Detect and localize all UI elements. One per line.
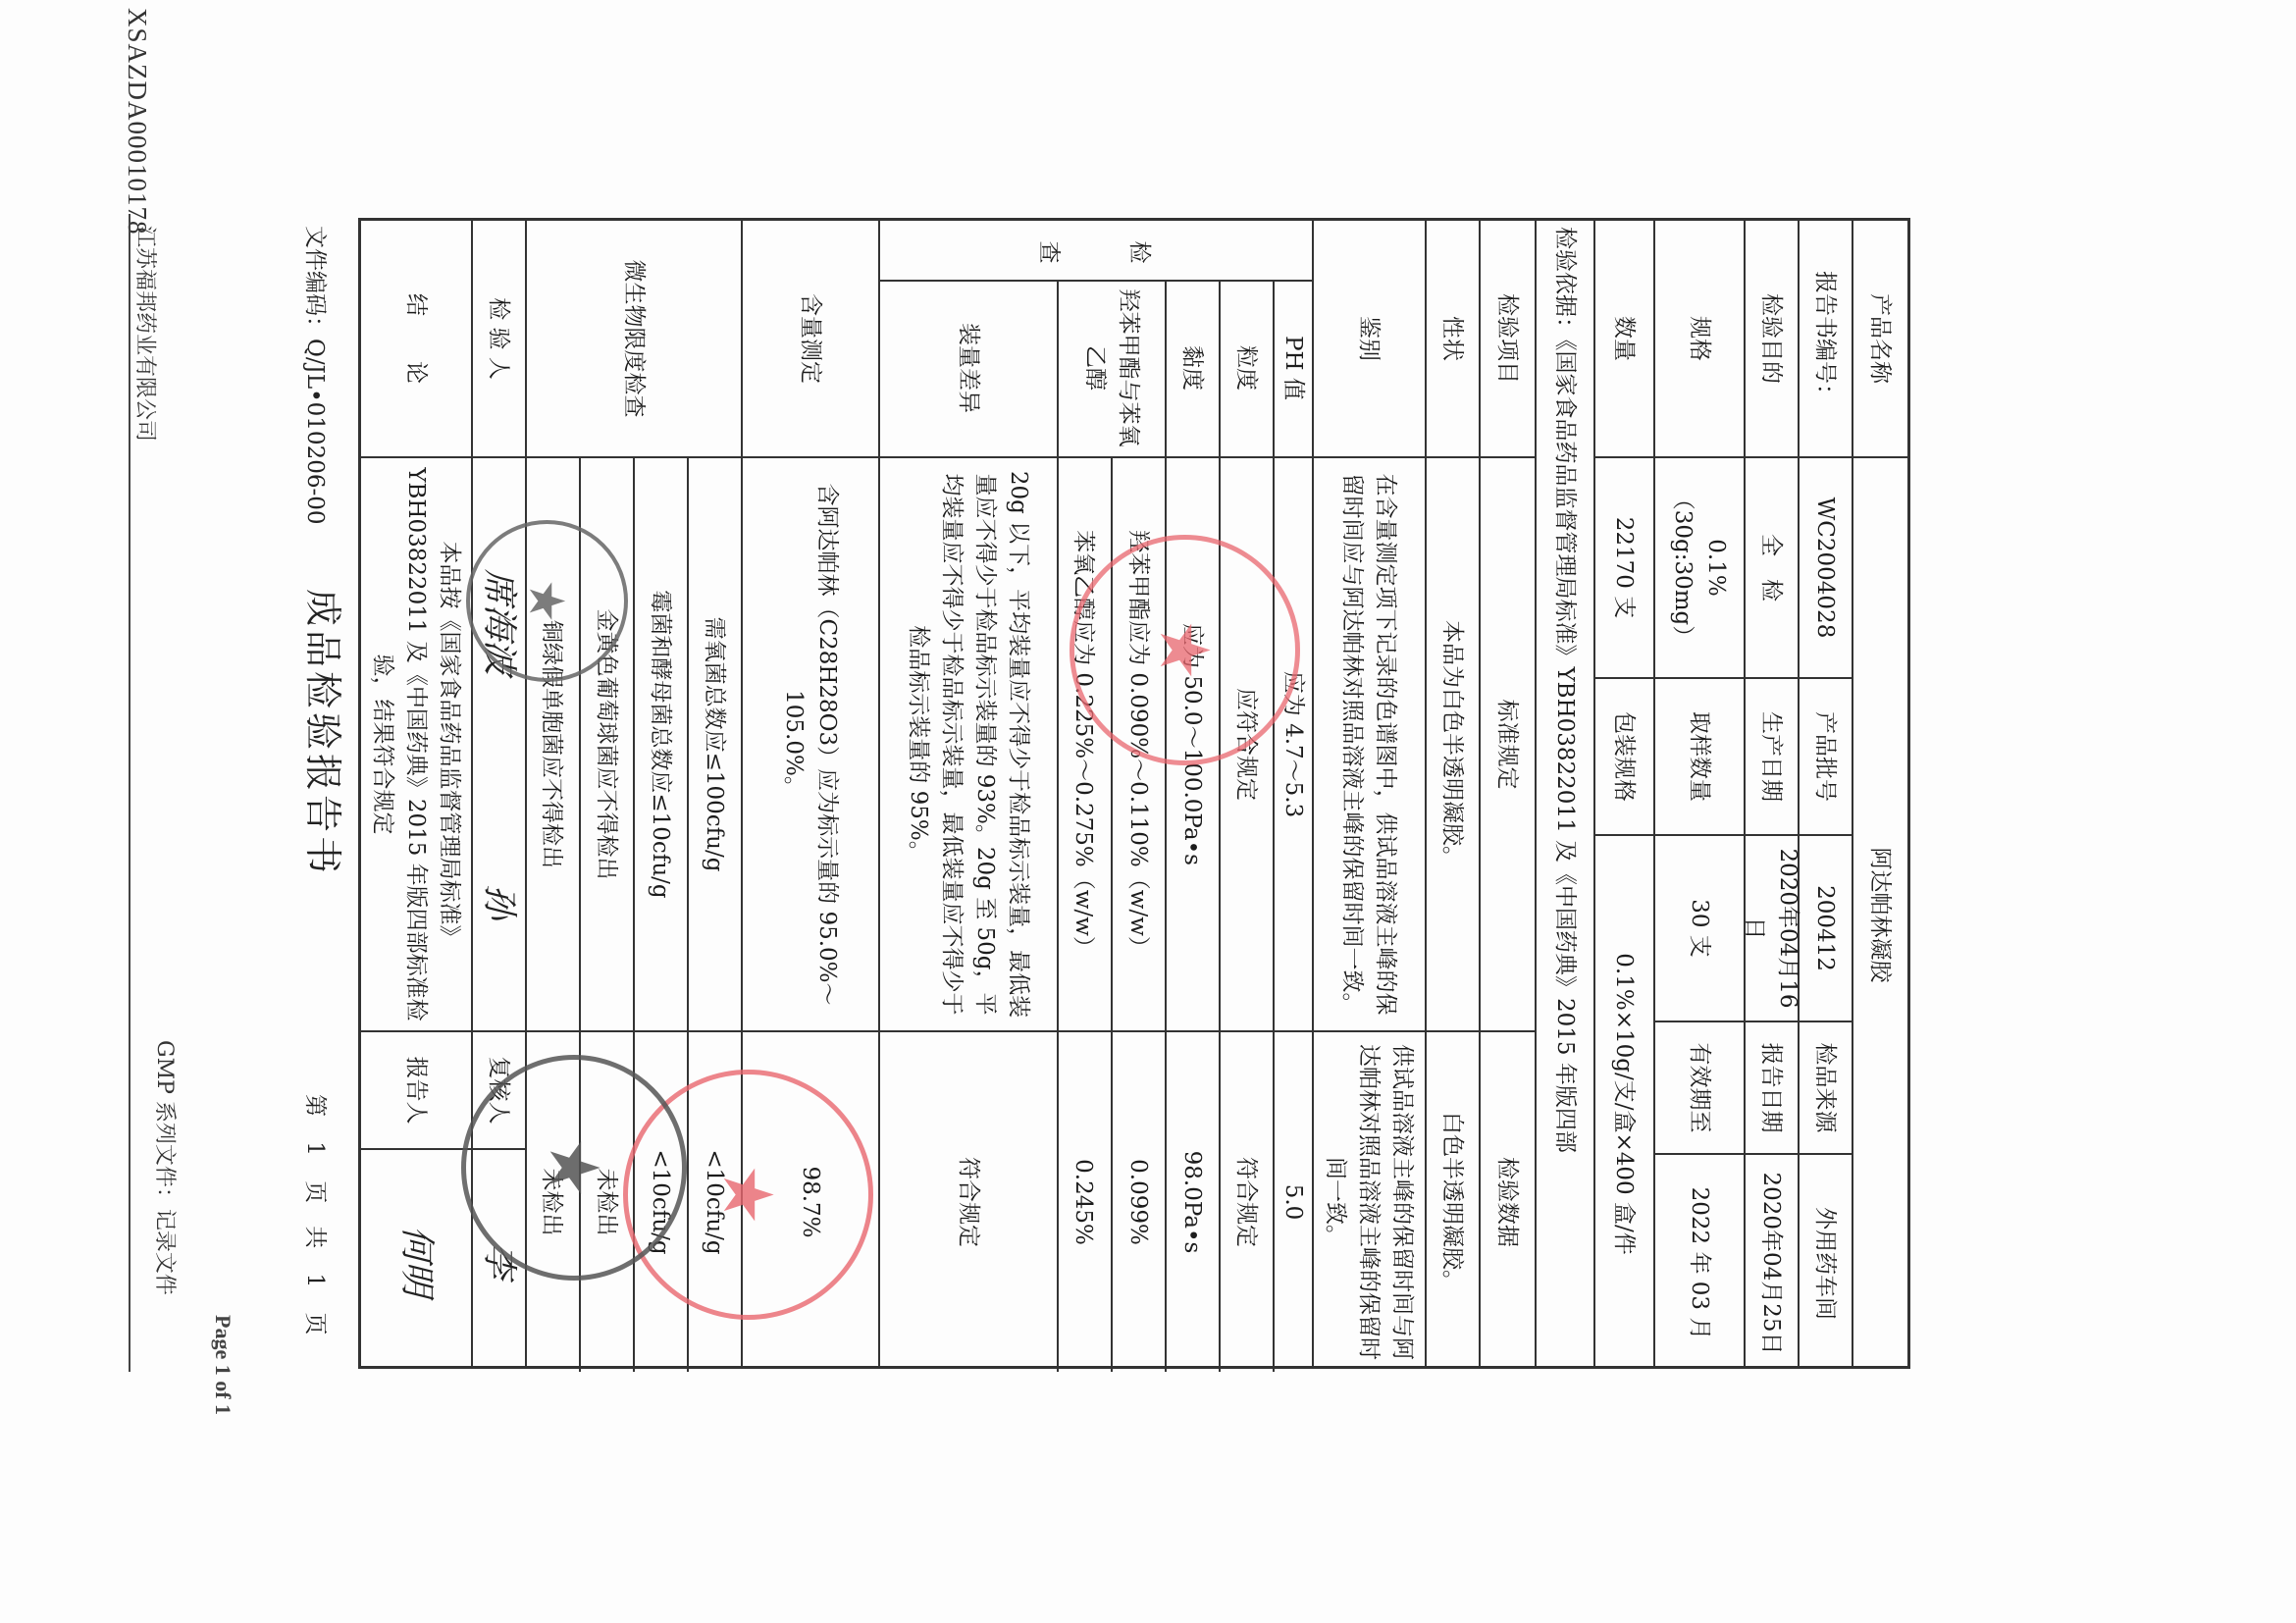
row-particle: 粒度 应符合规定 符合规定 xyxy=(1219,280,1273,1372)
header-rule xyxy=(129,214,130,1372)
row-spec: 规格 0.1% （30g:30mg） 取样数量 30 支 有效期至 2022 年… xyxy=(1653,221,1744,1366)
label-prod-date: 生产日期 xyxy=(1746,677,1798,834)
item-viscosity: 黏度 xyxy=(1167,280,1219,456)
star-icon: ★ xyxy=(540,1137,608,1199)
value-prod-date: 2020年04月16日 xyxy=(1746,834,1798,1021)
result-identification: 供试品溶液主峰的保留时间与阿达帕林对照品溶液主峰的保留时间一致。 xyxy=(1314,1030,1425,1372)
header-result: 检验数据 xyxy=(1481,1030,1535,1372)
row-report-no: 报告书编号： WC2004028 产品批号 200412 检品来源 外用药车间 xyxy=(1798,221,1852,1366)
label-report-no: 报告书编号： xyxy=(1800,221,1852,456)
label-purpose: 检验目的 xyxy=(1746,221,1798,456)
standard-fill: 20g 以下，平均装量应不得少于检品标示装量，最低装量应不得少于检品标示装量的 … xyxy=(880,456,1057,1030)
item-assay: 含量测定 xyxy=(743,221,878,456)
company-name: 江苏福邦药业有限公司 xyxy=(131,226,162,442)
row-purpose: 检验目的 全 检 生产日期 2020年04月16日 报告日期 2020年04月2… xyxy=(1744,221,1798,1366)
red-stamp-center: ★ xyxy=(1070,535,1300,765)
standard-identification: 在含量测定项下记录的色谱图中，供试品溶液主峰的保留时间应与阿达帕林对照品溶液主峰… xyxy=(1314,456,1425,1030)
row-column-headers: 检验项目 标准规定 检验数据 xyxy=(1479,221,1535,1366)
micro-standard: 霉菌和酵母菌总数应≤10cfu/g xyxy=(635,458,687,1030)
inspection-basis: 检验依据：《国家食品药品监督管理局标准》YBH03822011 及《中国药典》2… xyxy=(1537,221,1593,1366)
standard-appearance: 本品为白色半透明凝胶。 xyxy=(1427,456,1479,1030)
spec-line-2: （30g:30mg） xyxy=(1666,488,1699,649)
label-inspector: 检 验 人 xyxy=(473,221,525,456)
spec-line-1: 0.1% xyxy=(1699,539,1733,596)
standard-phenoxyethanol: 苯氧乙醇应为 0.225%～0.275%（w/w） xyxy=(1057,458,1111,1030)
label-pack: 包装规格 xyxy=(1595,677,1653,834)
reporter-signature: 何明 xyxy=(361,1148,471,1372)
item-preservatives: 羟苯甲酯与苯氧乙醇 xyxy=(1059,280,1165,456)
file-code: 文件编码：Q/JL•010206-00 xyxy=(301,226,334,525)
star-icon: ★ xyxy=(714,1164,783,1226)
value-source: 外用药车间 xyxy=(1800,1153,1852,1372)
report-title: 成品检验报告书 xyxy=(299,589,353,877)
report-page: XSAZDA00010178 江苏福邦药业有限公司 GMP 系列文件：记录文件 … xyxy=(0,0,2296,1623)
standard-assay: 含阿达帕林（C28H28O3）应为标示量的 95.0%～105.0%。 xyxy=(743,456,878,1030)
value-report-no: WC2004028 xyxy=(1800,456,1852,677)
reporter-sig: 何明 xyxy=(399,1226,433,1296)
check-group-label: 检 查 xyxy=(880,221,1312,282)
star-icon: ★ xyxy=(523,579,572,623)
row-basis: 检验依据：《国家食品药品监督管理局标准》YBH03822011 及《中国药典》2… xyxy=(1535,221,1593,1366)
label-expiry: 有效期至 xyxy=(1655,1021,1744,1153)
label-spec: 规格 xyxy=(1655,221,1744,456)
value-pack: 0.1%×10g/支/盒×400 盒/件 xyxy=(1595,834,1653,1372)
row-viscosity: 黏度 应为 50.0～100.0Pa•s 98.0Pa•s xyxy=(1165,280,1219,1372)
value-spec: 0.1% （30g:30mg） xyxy=(1655,456,1744,677)
header-standard: 标准规定 xyxy=(1481,456,1535,1030)
value-purpose: 全 检 xyxy=(1746,456,1798,677)
row-qty: 数量 22170 支 包装规格 0.1%×10g/支/盒×400 盒/件 xyxy=(1593,221,1653,1366)
value-expiry: 2022 年 03 月 xyxy=(1655,1153,1744,1372)
item-identification: 鉴别 xyxy=(1314,221,1425,456)
label-qty: 数量 xyxy=(1595,221,1653,456)
result-ph: 5.0 xyxy=(1275,1030,1312,1372)
result-fill: 符合规定 xyxy=(880,1030,1057,1372)
label-product-name: 产品名称 xyxy=(1853,221,1907,456)
star-icon: ★ xyxy=(1151,619,1220,681)
label-source: 检品来源 xyxy=(1800,1021,1852,1153)
page-count: 第 1 页 共 1 页 xyxy=(301,1094,334,1335)
conclusion-text: 本品按《国家食品药品监督管理局标准》YBH03822011 及《中国药典》201… xyxy=(361,456,471,1030)
item-particle: 粒度 xyxy=(1221,280,1273,456)
result-particle: 符合规定 xyxy=(1221,1030,1273,1372)
item-ph: PH 值 xyxy=(1275,280,1312,456)
item-fill: 装量差异 xyxy=(880,280,1057,456)
row-identification: 鉴别 在含量测定项下记录的色谱图中，供试品溶液主峰的保留时间应与阿达帕林对照品溶… xyxy=(1312,221,1425,1366)
result-viscosity: 98.0Pa•s xyxy=(1167,1030,1219,1372)
item-microbial: 微生物限度检查 xyxy=(527,221,741,456)
result-appearance: 白色半透明凝胶。 xyxy=(1427,1030,1479,1372)
standard-ph: 应为 4.7～5.3 xyxy=(1275,456,1312,1030)
inspector-sig-2: 孙 xyxy=(483,884,516,919)
row-conclusion: 结 论 本品按《国家食品药品监督管理局标准》YBH03822011 及《中国药典… xyxy=(361,221,471,1366)
result-methylparaben: 0.099% xyxy=(1113,1030,1165,1372)
gmp-label: GMP 系列文件：记录文件 xyxy=(151,1040,182,1295)
row-ph: PH 值 应为 4.7～5.3 5.0 xyxy=(1273,280,1312,1372)
label-conclusion: 结 论 xyxy=(361,221,471,456)
row-preservatives: 羟苯甲酯与苯氧乙醇 羟苯甲酯应为 0.090%～0.110%（w/w） 0.09… xyxy=(1057,280,1165,1372)
value-batch: 200412 xyxy=(1800,834,1852,1021)
label-reporter: 报告人 xyxy=(361,1030,471,1148)
row-appearance: 性状 本品为白色半透明凝胶。 白色半透明凝胶。 xyxy=(1425,221,1479,1366)
value-qty: 22170 支 xyxy=(1595,456,1653,677)
label-batch: 产品批号 xyxy=(1800,677,1852,834)
micro-standard: 需氧菌总数应≤100cfu/g xyxy=(689,458,741,1030)
value-product-name: 阿达帕林凝胶 xyxy=(1853,456,1907,1372)
page-of: Page 1 of 1 xyxy=(210,1315,235,1415)
result-phenoxyethanol: 0.245% xyxy=(1057,1030,1111,1372)
value-sample-qty: 30 支 xyxy=(1655,834,1744,1021)
row-fill: 装量差异 20g 以下，平均装量应不得少于检品标示装量，最低装量应不得少于检品标… xyxy=(880,280,1057,1372)
label-report-date: 报告日期 xyxy=(1746,1021,1798,1153)
value-report-date: 2020年04月25日 xyxy=(1746,1153,1798,1372)
label-sample-qty: 取样数量 xyxy=(1655,677,1744,834)
header-item: 检验项目 xyxy=(1481,221,1535,456)
gray-stamp: ★ xyxy=(461,1055,687,1281)
check-group: 检 查 PH 值 应为 4.7～5.3 5.0 粒度 应符合规定 符合规定 黏度… xyxy=(880,221,1312,1366)
row-product-name: 产品名称 阿达帕林凝胶 xyxy=(1852,221,1907,1366)
item-appearance: 性状 xyxy=(1427,221,1479,456)
qa-stamp: ★ xyxy=(466,520,628,682)
